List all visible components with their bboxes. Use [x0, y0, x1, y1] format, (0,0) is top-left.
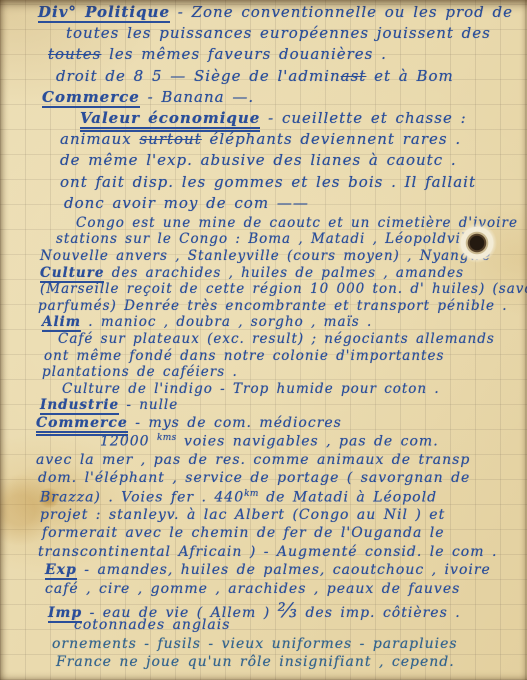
handwriting-text: - Zone conventionnelle ou les prod de [170, 3, 513, 21]
handwriting-text: Nouvelle anvers , Stanleyville (cours mo… [40, 248, 491, 264]
manuscript-line: dom. l'éléphant , service de portage ( s… [0, 471, 527, 489]
handwriting-text: des imp. côtières . [298, 605, 461, 621]
manuscript-line: avec la mer , pas de res. comme animaux … [0, 453, 527, 471]
handwriting-text: Alim [42, 314, 81, 332]
handwriting-text: - Banana —. [140, 88, 254, 106]
manuscript-line: Imp - eau de vie ( Allem ) ⅔ des imp. cô… [0, 600, 527, 618]
handwriting-text: France ne joue qu'un rôle insignifiant ,… [56, 654, 455, 670]
manuscript-line: toutes les mêmes faveurs douanières . [0, 47, 527, 68]
handwriting-text: animaux [60, 130, 139, 148]
handwriting-text: ⅔ [278, 598, 298, 622]
handwriting-text: transcontinental Africain ) - Augmenté c… [38, 544, 497, 560]
handwriting-text: Culture [40, 265, 104, 283]
handwriting-text: surtout [139, 130, 201, 148]
handwriting-text: plantations de caféiers . [42, 364, 238, 380]
handwriting-text: donc avoir moy de com —— [64, 194, 309, 212]
handwriting-text: Industrie [40, 397, 119, 415]
handwriting-text: ont même fondé dans notre colonie d'impo… [44, 348, 444, 364]
handwriting-text: ast [341, 67, 367, 85]
handwriting-text: dom. l'éléphant , service de portage ( s… [38, 470, 470, 486]
manuscript-line: donc avoir moy de com —— [0, 196, 527, 217]
handwriting-text: - cueillette et chasse : [260, 109, 466, 127]
handwriting-text: de Matadi à Léopold [259, 489, 437, 505]
handwriting-text: (Marseille reçoit de cette région 10 000… [40, 281, 527, 297]
handwriting-text: . manioc , doubra , sorgho , maïs . [81, 314, 372, 330]
manuscript-line: Exp - amandes, huiles de palmes, caoutch… [0, 563, 527, 581]
manuscript-line: Div° Politique - Zone conventionnelle ou… [0, 5, 527, 26]
handwriting-text: - amandes, huiles de palmes, caoutchouc … [77, 562, 491, 578]
handwriting-text: formerait avec le chemin de fer de l'Oug… [42, 525, 445, 541]
binder-hole [457, 223, 497, 263]
manuscript-line: Commerce - mys de com. médiocres [0, 416, 527, 434]
notebook-page: Div° Politique - Zone conventionnelle ou… [0, 0, 527, 680]
handwriting-text: de même l'exp. abusive des lianes à caou… [60, 151, 457, 169]
manuscript-line: animaux surtout éléphants deviennent rar… [0, 132, 527, 153]
handwriting-text: Congo est une mine de caoutc et un cimet… [76, 215, 518, 231]
handwriting-text: ornements - fusils - vieux uniformes - p… [52, 636, 458, 652]
handwriting-text: 12000 [100, 434, 157, 450]
handwriting-text: - mys de com. médiocres [128, 415, 342, 431]
handwriting-text: - nulle [119, 397, 178, 413]
handwriting-text: projet : stanleyv. à lac Albert (Congo a… [40, 507, 445, 523]
handwriting-text: Valeur économique [80, 109, 260, 132]
manuscript-line: France ne joue qu'un rôle insignifiant ,… [0, 655, 527, 673]
manuscript-line: cotonnades anglais [0, 618, 527, 636]
manuscript-line: de même l'exp. abusive des lianes à caou… [0, 153, 527, 174]
handwriting-text: avec la mer , pas de res. comme animaux … [36, 452, 470, 468]
handwriting-text: Brazza) . Voies fer . 440 [40, 489, 244, 505]
manuscript-line: Brazza) . Voies fer . 440km de Matadi à … [0, 490, 527, 508]
handwriting-text: Culture de l'indigo - Trop humide pour c… [62, 381, 440, 397]
handwriting-text: toutes [48, 45, 101, 63]
manuscript-line: projet : stanleyv. à lac Albert (Congo a… [0, 508, 527, 526]
handwriting-text: ont fait disp. les gommes et les bois . … [60, 173, 476, 191]
handwriting-text: Exp [45, 562, 77, 580]
handwriting-text: stations sur le Congo : Boma , Matadi , … [56, 231, 493, 247]
manuscript-line: Industrie - nulle [0, 399, 527, 416]
handwriting-text: toutes les puissances européennes jouiss… [66, 24, 491, 42]
handwriting-text: cotonnades anglais [74, 617, 230, 633]
manuscript-line: toutes les puissances européennes jouiss… [0, 26, 527, 47]
manuscript-lines: Div° Politique - Zone conventionnelle ou… [0, 5, 527, 673]
manuscript-line: formerait avec le chemin de fer de l'Oug… [0, 526, 527, 544]
handwriting-text: km [244, 489, 259, 499]
manuscript-line: Commerce - Banana —. [0, 90, 527, 111]
manuscript-line: café , cire , gomme , arachides , peaux … [0, 582, 527, 600]
handwriting-text: kms [157, 433, 177, 443]
handwriting-text: voies navigables , pas de com. [177, 434, 439, 450]
manuscript-line: Valeur économique - cueillette et chasse… [0, 111, 527, 132]
handwriting-text: éléphants deviennent rares . [202, 130, 461, 148]
handwriting-text: et à Bom [366, 67, 453, 85]
handwriting-text: droit de 8 5 — Siège de l'admin [56, 67, 341, 85]
manuscript-line: ont fait disp. les gommes et les bois . … [0, 175, 527, 196]
manuscript-line: ornements - fusils - vieux uniformes - p… [0, 637, 527, 655]
manuscript-line: transcontinental Africain ) - Augmenté c… [0, 545, 527, 563]
handwriting-text: Commerce [36, 415, 128, 436]
handwriting-text: des arachides , huiles de palmes , amand… [104, 265, 464, 281]
handwriting-text: parfumés) Denrée très encombrante et tra… [38, 298, 508, 314]
handwriting-text: Café sur plateaux (exc. result) ; négoci… [58, 331, 495, 347]
handwriting-text: café , cire , gomme , arachides , peaux … [45, 581, 460, 597]
handwriting-text: Commerce [42, 88, 140, 108]
manuscript-line: 12000 kms voies navigables , pas de com. [0, 434, 527, 452]
manuscript-line: droit de 8 5 — Siège de l'adminast et à … [0, 69, 527, 90]
handwriting-text: les mêmes faveurs douanières . [101, 45, 387, 63]
handwriting-text: Div° Politique [38, 3, 170, 23]
